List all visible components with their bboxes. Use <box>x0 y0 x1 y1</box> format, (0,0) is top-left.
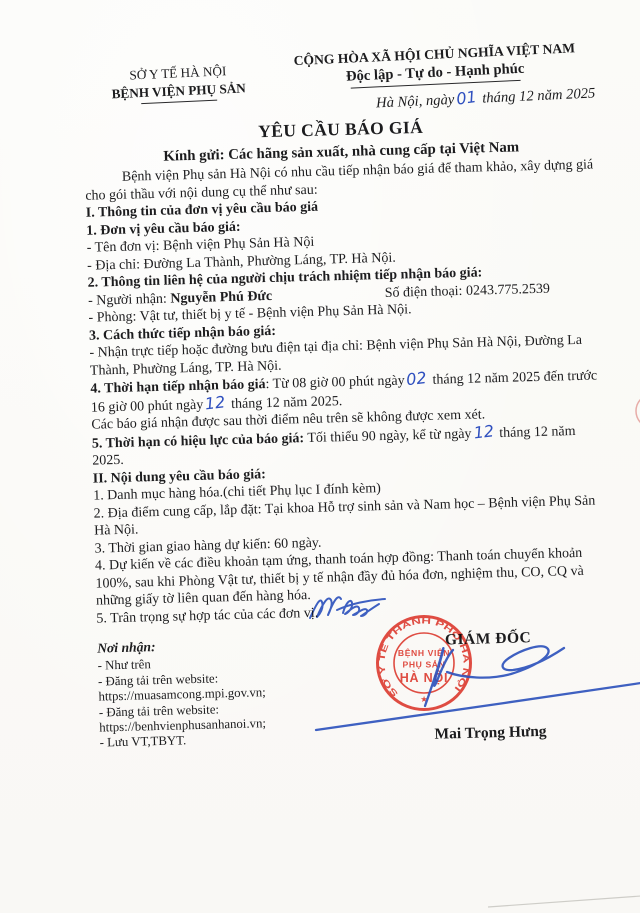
signer-name: Mai Trọng Hưng <box>367 721 613 745</box>
section1-item4-label: 4. Thời hạn tiếp nhận báo giá <box>90 377 266 397</box>
document-page: SỞ Y TẾ HÀ NỘI BỆNH VIỆN PHỤ SẢN CỘNG HÒ… <box>0 0 640 913</box>
handwritten-day-end: 12 <box>204 394 226 412</box>
section1-item5-label: 5. Thời hạn có hiệu lực của báo giá: <box>92 431 305 452</box>
stamp-bleed-artifact <box>636 392 640 430</box>
letterhead: SỞ Y TẾ HÀ NỘI BỆNH VIỆN PHỤ SẢN CỘNG HÒ… <box>81 38 597 125</box>
deadline-text-3: tháng 12 năm 2025. <box>227 394 342 412</box>
signer-title: GIÁM ĐỐC <box>365 627 611 651</box>
scan-line-artifact <box>488 896 640 907</box>
document-content: SỞ Y TẾ HÀ NỘI BỆNH VIỆN PHỤ SẢN CỘNG HÒ… <box>82 43 614 751</box>
date-prefix: Hà Nội, ngày <box>376 92 455 112</box>
recipients-block: Nơi nhận: - Như trên - Đăng tải trên web… <box>97 634 368 752</box>
validity-text-1: Tối thiểu 90 ngày, kể từ ngày <box>304 426 472 445</box>
date-suffix: tháng 12 năm 2025 <box>478 85 595 106</box>
document-footer: Nơi nhận: - Như trên - Đăng tải trên web… <box>97 627 614 751</box>
signature-block: GIÁM ĐỐC Mai Trọng Hưng <box>365 627 614 744</box>
date-line: Hà Nội, ngày01 tháng 12 năm 2025 <box>275 84 597 117</box>
handwritten-day-start: 02 <box>406 370 428 388</box>
handwritten-day: 01 <box>455 89 477 108</box>
deadline-text-1: : Từ 08 giờ 00 phút ngày <box>265 373 405 392</box>
receiver-label: - Người nhận: <box>88 291 171 308</box>
handwritten-validity-day: 12 <box>473 423 495 441</box>
letterhead-issuer: SỞ Y TẾ HÀ NỘI BỆNH VIỆN PHỤ SẢN <box>81 53 276 126</box>
letterhead-national: CỘNG HÒA XÃ HỘI CHỦ NGHĨA VIỆT NAM Độc l… <box>273 38 598 117</box>
receiver-name: Nguyễn Phú Đức <box>170 288 272 306</box>
